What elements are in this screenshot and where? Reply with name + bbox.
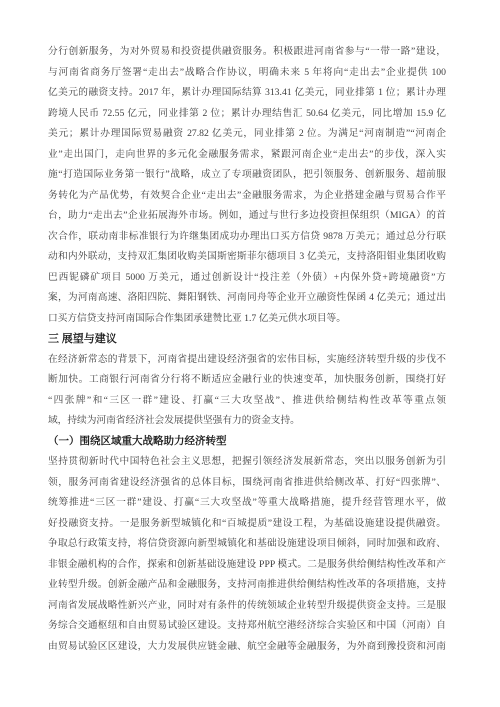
text-line: 次合作，联动南非标准银行为许继集团成功办理出口买方信贷 9878 万美元；通过总…	[48, 227, 446, 248]
text-line: 动和内外联动，支持双汇集团收购美国斯密斯菲尔德项目 3 亿美元，支持洛阳钼业集团…	[48, 247, 446, 268]
paragraph-regional-strategy: 坚持贯彻新时代中国特色社会主义思想，把握引领经济发展新常态，突出以服务创新为引领…	[48, 452, 446, 657]
subsection-heading-regional-strategy: （一）围绕区域重大战略助力经济转型	[48, 432, 446, 453]
paragraph-outlook-intro: 在经济新常态的背景下，河南省提出建设经济强省的宏伟目标，实施经济转型升级的步伐不…	[48, 350, 446, 432]
text-line: 争取总行政策支持，将信贷资源向新型城镇化和基础设施建设项目倾斜，同时加强和政府、	[48, 534, 446, 555]
text-line: 在经济新常态的背景下，河南省提出建设经济强省的宏伟目标，实施经济转型升级的步伐不	[48, 350, 446, 371]
text-line: 巴西铌磷矿项目 5000 万美元，通过创新设计“投注差（外债）+内保外贷+跨境融…	[48, 268, 446, 289]
text-line: 案，为河南高速、洛阳四院、舞阳钢铁、河南同舟等企业开立融资性保函 4 亿美元；通…	[48, 288, 446, 309]
text-line: 美元；累计办理国际贸易融资 27.82 亿美元，同业排第 2 位。为满足“河南制…	[48, 124, 446, 145]
text-line: 好投融资支持。一是服务新型城镇化和“百城提质”建设工程，为基础设施建设提供融资。	[48, 514, 446, 535]
text-line: 断加快。工商银行河南省分行将不断适应金融行业的快速变革，加快服务创新，围绕打好	[48, 370, 446, 391]
text-line: 领，服务河南省建设经济强省的总体目标，围绕河南省推进供给侧改革、打好“四张牌”、	[48, 473, 446, 494]
paragraph-international-finance: 分行创新服务，为对外贸易和投资提供融资服务。积极跟进河南省参与“一带一路”建设，…	[48, 42, 446, 329]
text-line: 台，助力“走出去”企业拓展海外市场。例如，通过与世行多边投资担保组织（MIGA）…	[48, 206, 446, 227]
section-heading-outlook-suggestions: 三 展望与建议	[48, 329, 446, 350]
text-line: 由贸易试验区区建设，大力发展供应链金融、航空金融等金融服务，为外商到豫投资和河南	[48, 637, 446, 658]
text-line: 统筹推进“三区一群”建设、打赢“三大攻坚战”等重大战略措施，提升经营管理水平，做	[48, 493, 446, 514]
text-line: 亿美元的融资支持。2017 年，累计办理国际结算 313.41 亿美元，同业排第…	[48, 83, 446, 104]
text-line: 务综合交通枢纽和自由贸易试验区建设。支持郑州航空港经济综合实验区和中国（河南）自	[48, 616, 446, 637]
text-line: “四张牌”和“三区一群”建设、打赢“三大攻坚战”、推进供给侧结构性改革等重点领	[48, 391, 446, 412]
text-line: 业转型升级。创新金融产品和金融服务，支持河南推进供给侧结构性改革的各项措施，支持	[48, 575, 446, 596]
text-line: 非银金融机构的合作，探索和创新基础设施建设 PPP 模式。二是服务供给侧结构性改…	[48, 555, 446, 576]
text-line: 跨境人民币 72.55 亿元，同业排第 2 位；累计办理结售汇 50.64 亿美…	[48, 104, 446, 125]
text-line: 与河南省商务厅签署“走出去”战略合作协议，明确未来 5 年将向“走出去”企业提供…	[48, 63, 446, 84]
text-line: 坚持贯彻新时代中国特色社会主义思想，把握引领经济发展新常态，突出以服务创新为引	[48, 452, 446, 473]
document-page: 分行创新服务，为对外贸易和投资提供融资服务。积极跟进河南省参与“一带一路”建设，…	[0, 0, 500, 707]
text-line: 业”走出国门，走向世界的多元化金融服务需求，紧跟河南企业“走出去”的步伐，深入实	[48, 145, 446, 166]
text-line: 务转化为产品优势，有效契合企业“走出去”金融服务需求，为企业搭建金融与贸易合作平	[48, 186, 446, 207]
text-line: 施“打造国际业务第一银行”战略，成立了专项融资团队，把引领服务、创新服务、超前服	[48, 165, 446, 186]
text-line: 河南省发展战略性新兴产业，同时对有条件的传统领域企业转型升级提供资金支持。三是服	[48, 596, 446, 617]
text-line: 分行创新服务，为对外贸易和投资提供融资服务。积极跟进河南省参与“一带一路”建设，	[48, 42, 446, 63]
text-line: 口买方信贷支持河南国际合作集团承建赞比亚 1.7 亿美元供水项目等。	[48, 309, 446, 330]
text-line: 域，持续为河南省经济社会发展提供坚强有力的资金支持。	[48, 411, 446, 432]
